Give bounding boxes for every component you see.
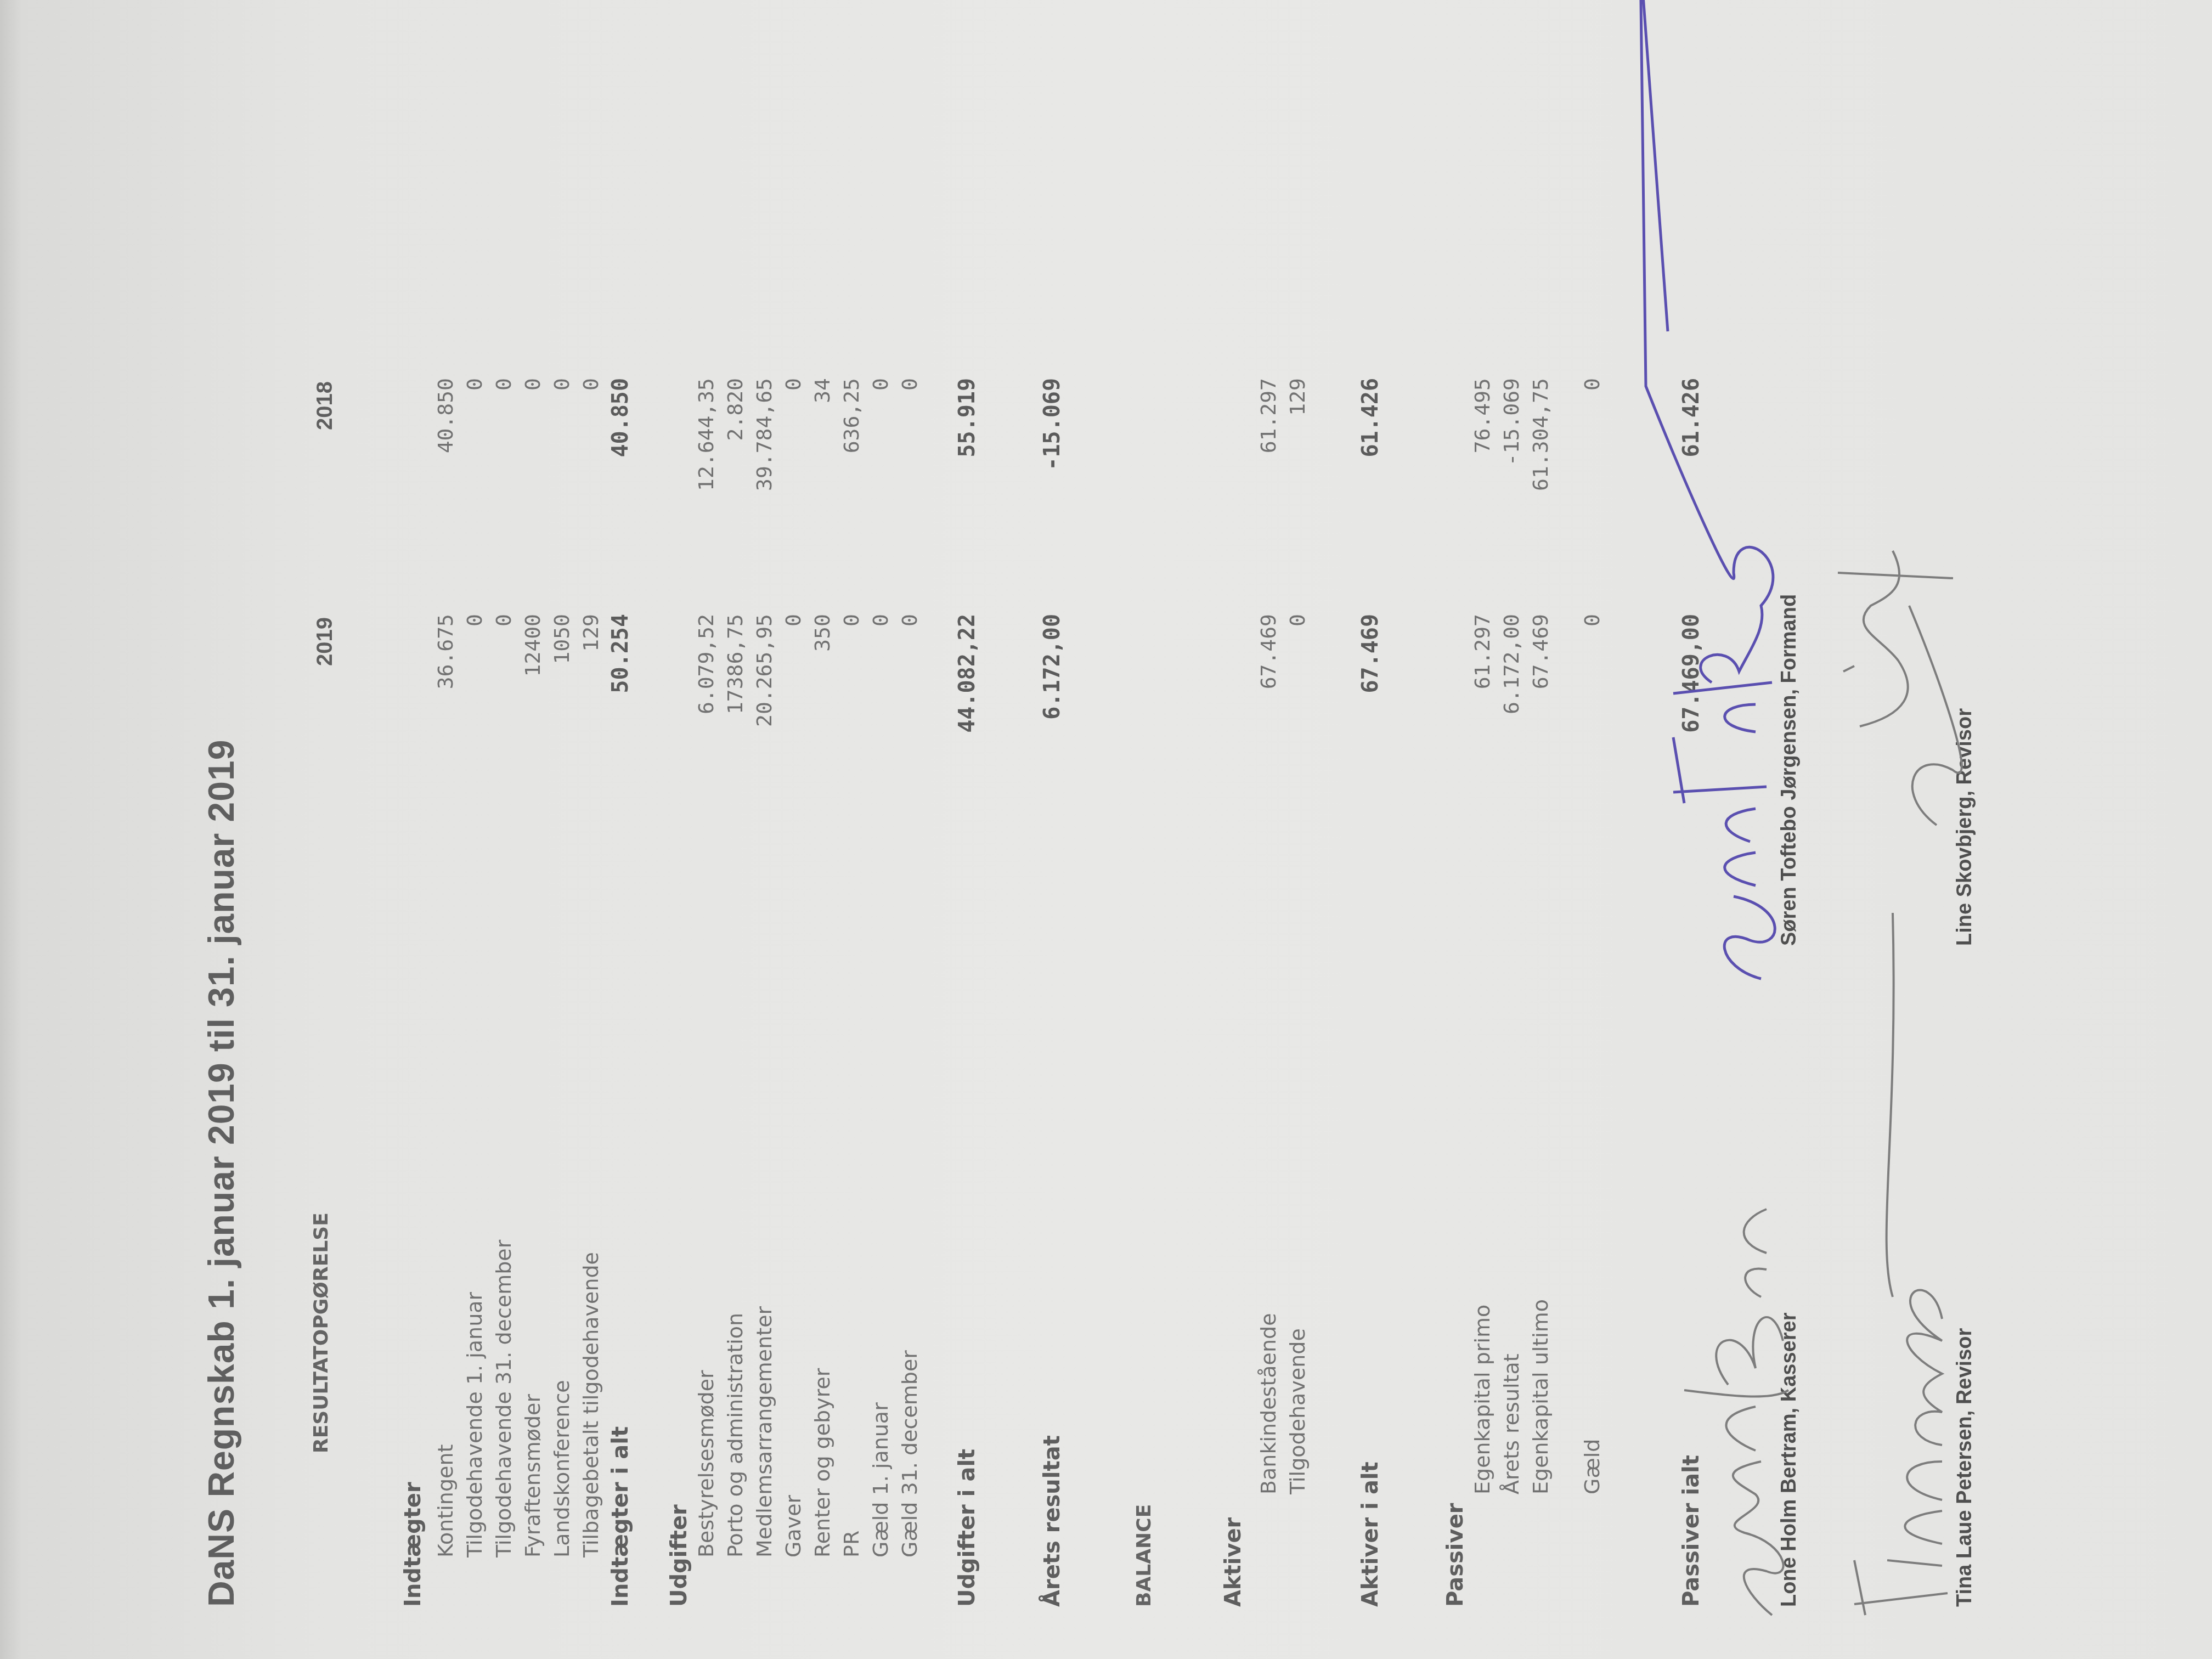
expense-row-2018: 0 [868,378,893,391]
income-row-2019: 36.675 [433,614,458,689]
expense-row-2019: 0 [898,614,922,627]
income-row-2019: 12400 [521,614,545,676]
expense-row-2018: 0 [898,378,922,391]
heading-aktiver: Aktiver [1221,1517,1246,1607]
signature-line-skovbjerg [1827,452,1980,836]
expense-row-label: PR [839,1531,864,1558]
expense-row-label: Porto og administration [723,1313,747,1558]
asset-total-label: Aktiver i alt [1358,1462,1383,1607]
section-resultatopgoerelse: RESULTATOPGØRELSE [310,1212,332,1453]
liability-row-2018: 61.304,75 [1528,378,1553,491]
column-header-2018: 2018 [313,381,337,430]
result-2018: -15.069 [1040,378,1065,471]
asset-row-2018: 129 [1285,378,1310,416]
document-page: DaNS Regnskab 1. januar 2019 til 31. jan… [0,0,2212,1659]
expense-row-2018: 0 [781,378,805,391]
expense-total-label: Udgifter i alt [955,1449,980,1607]
income-total-label: Indtægter i alt [608,1426,633,1607]
liability-debt-2018: 0 [1580,378,1604,391]
expense-total-2018: 55.919 [955,378,980,458]
income-row-2018: 0 [550,378,574,391]
liability-row-2019: 67.469 [1528,614,1553,689]
income-row-label: Landskonference [550,1380,574,1558]
income-row-label: Tilgodehavende 31. december [492,1240,516,1558]
expense-row-2019: 0 [868,614,893,627]
heading-indtaegter: Indtægter [400,1482,426,1607]
asset-row-label: Tilgodehavende [1285,1328,1310,1494]
expense-row-2018: 34 [810,378,834,403]
income-total-2018: 40.850 [608,378,633,458]
income-row-label: Fyraftensmøder [521,1394,545,1558]
expense-row-label: Renter og gebyrer [810,1368,834,1558]
expense-row-label: Gæld 1. januar [868,1402,893,1558]
expense-row-label: Bestyrelsesmøder [694,1370,718,1558]
liability-row-label: Egenkapital ultimo [1528,1299,1553,1494]
expense-row-2019: 6.079,52 [694,614,718,714]
expense-row-2018: 39.784,65 [752,378,776,491]
expense-row-2019: 350 [810,614,834,652]
income-row-label: Kontingent [433,1444,458,1558]
column-header-2019: 2019 [313,617,337,666]
income-row-2019: 0 [492,614,516,627]
asset-row-2019: 67.469 [1256,614,1280,689]
section-balance: BALANCE [1133,1504,1155,1607]
expense-row-2018: 636,25 [839,378,864,453]
asset-total-2018: 61.426 [1358,378,1383,458]
expense-row-2019: 0 [781,614,805,627]
expense-row-2018: 12.644,35 [694,378,718,491]
signature-tina-laue-petersen [1832,858,1975,1626]
liability-debt-2019: 0 [1580,614,1604,627]
income-row-2019: 0 [462,614,487,627]
liability-row-label: Egenkapital primo [1470,1305,1494,1494]
asset-row-2018: 61.297 [1256,378,1280,453]
liability-row-2019: 6.172,00 [1499,614,1523,714]
expense-row-label: Medlemsarrangementer [752,1306,776,1558]
signature-soeren-toftebo [1624,0,1805,990]
income-row-label: Tilgodehavende 1. januar [462,1292,487,1558]
income-row-2018: 0 [462,378,487,391]
liability-row-2019: 61.297 [1470,614,1494,689]
expense-row-2018: 2.820 [723,378,747,441]
income-total-2019: 50.254 [608,614,633,693]
income-row-label: Tilbagebetalt tilgodehavende [579,1252,603,1558]
document-title: DaNS Regnskab 1. januar 2019 til 31. jan… [200,740,242,1607]
income-row-2018: 0 [579,378,603,391]
expense-row-label: Gæld 31. december [898,1350,922,1558]
expense-total-2019: 44.082,22 [955,614,980,733]
expense-row-2019: 0 [839,614,864,627]
expense-row-2019: 20.265,95 [752,614,776,727]
liability-row-2018: -15.069 [1499,378,1523,466]
result-2019: 6.172,00 [1040,614,1065,720]
income-row-2018: 0 [492,378,516,391]
asset-row-label: Bankindestående [1256,1313,1280,1494]
liability-debt-label: Gæld [1580,1439,1604,1494]
heading-passiver: Passiver [1443,1503,1468,1607]
income-row-2019: 129 [579,614,603,652]
income-row-2018: 40.850 [433,378,458,453]
result-label: Årets resultat [1040,1435,1065,1607]
signature-lone-holm-bertram [1662,1187,1805,1626]
asset-row-2019: 0 [1285,614,1310,627]
income-row-2018: 0 [521,378,545,391]
income-row-2019: 1050 [550,614,574,664]
expense-row-2019: 17386,75 [723,614,747,714]
expense-row-label: Gaver [781,1495,805,1558]
liability-row-2018: 76.495 [1470,378,1494,453]
asset-total-2019: 67.469 [1358,614,1383,693]
liability-row-label: Årets resultat [1499,1353,1523,1494]
heading-udgifter: Udgifter [667,1504,692,1607]
